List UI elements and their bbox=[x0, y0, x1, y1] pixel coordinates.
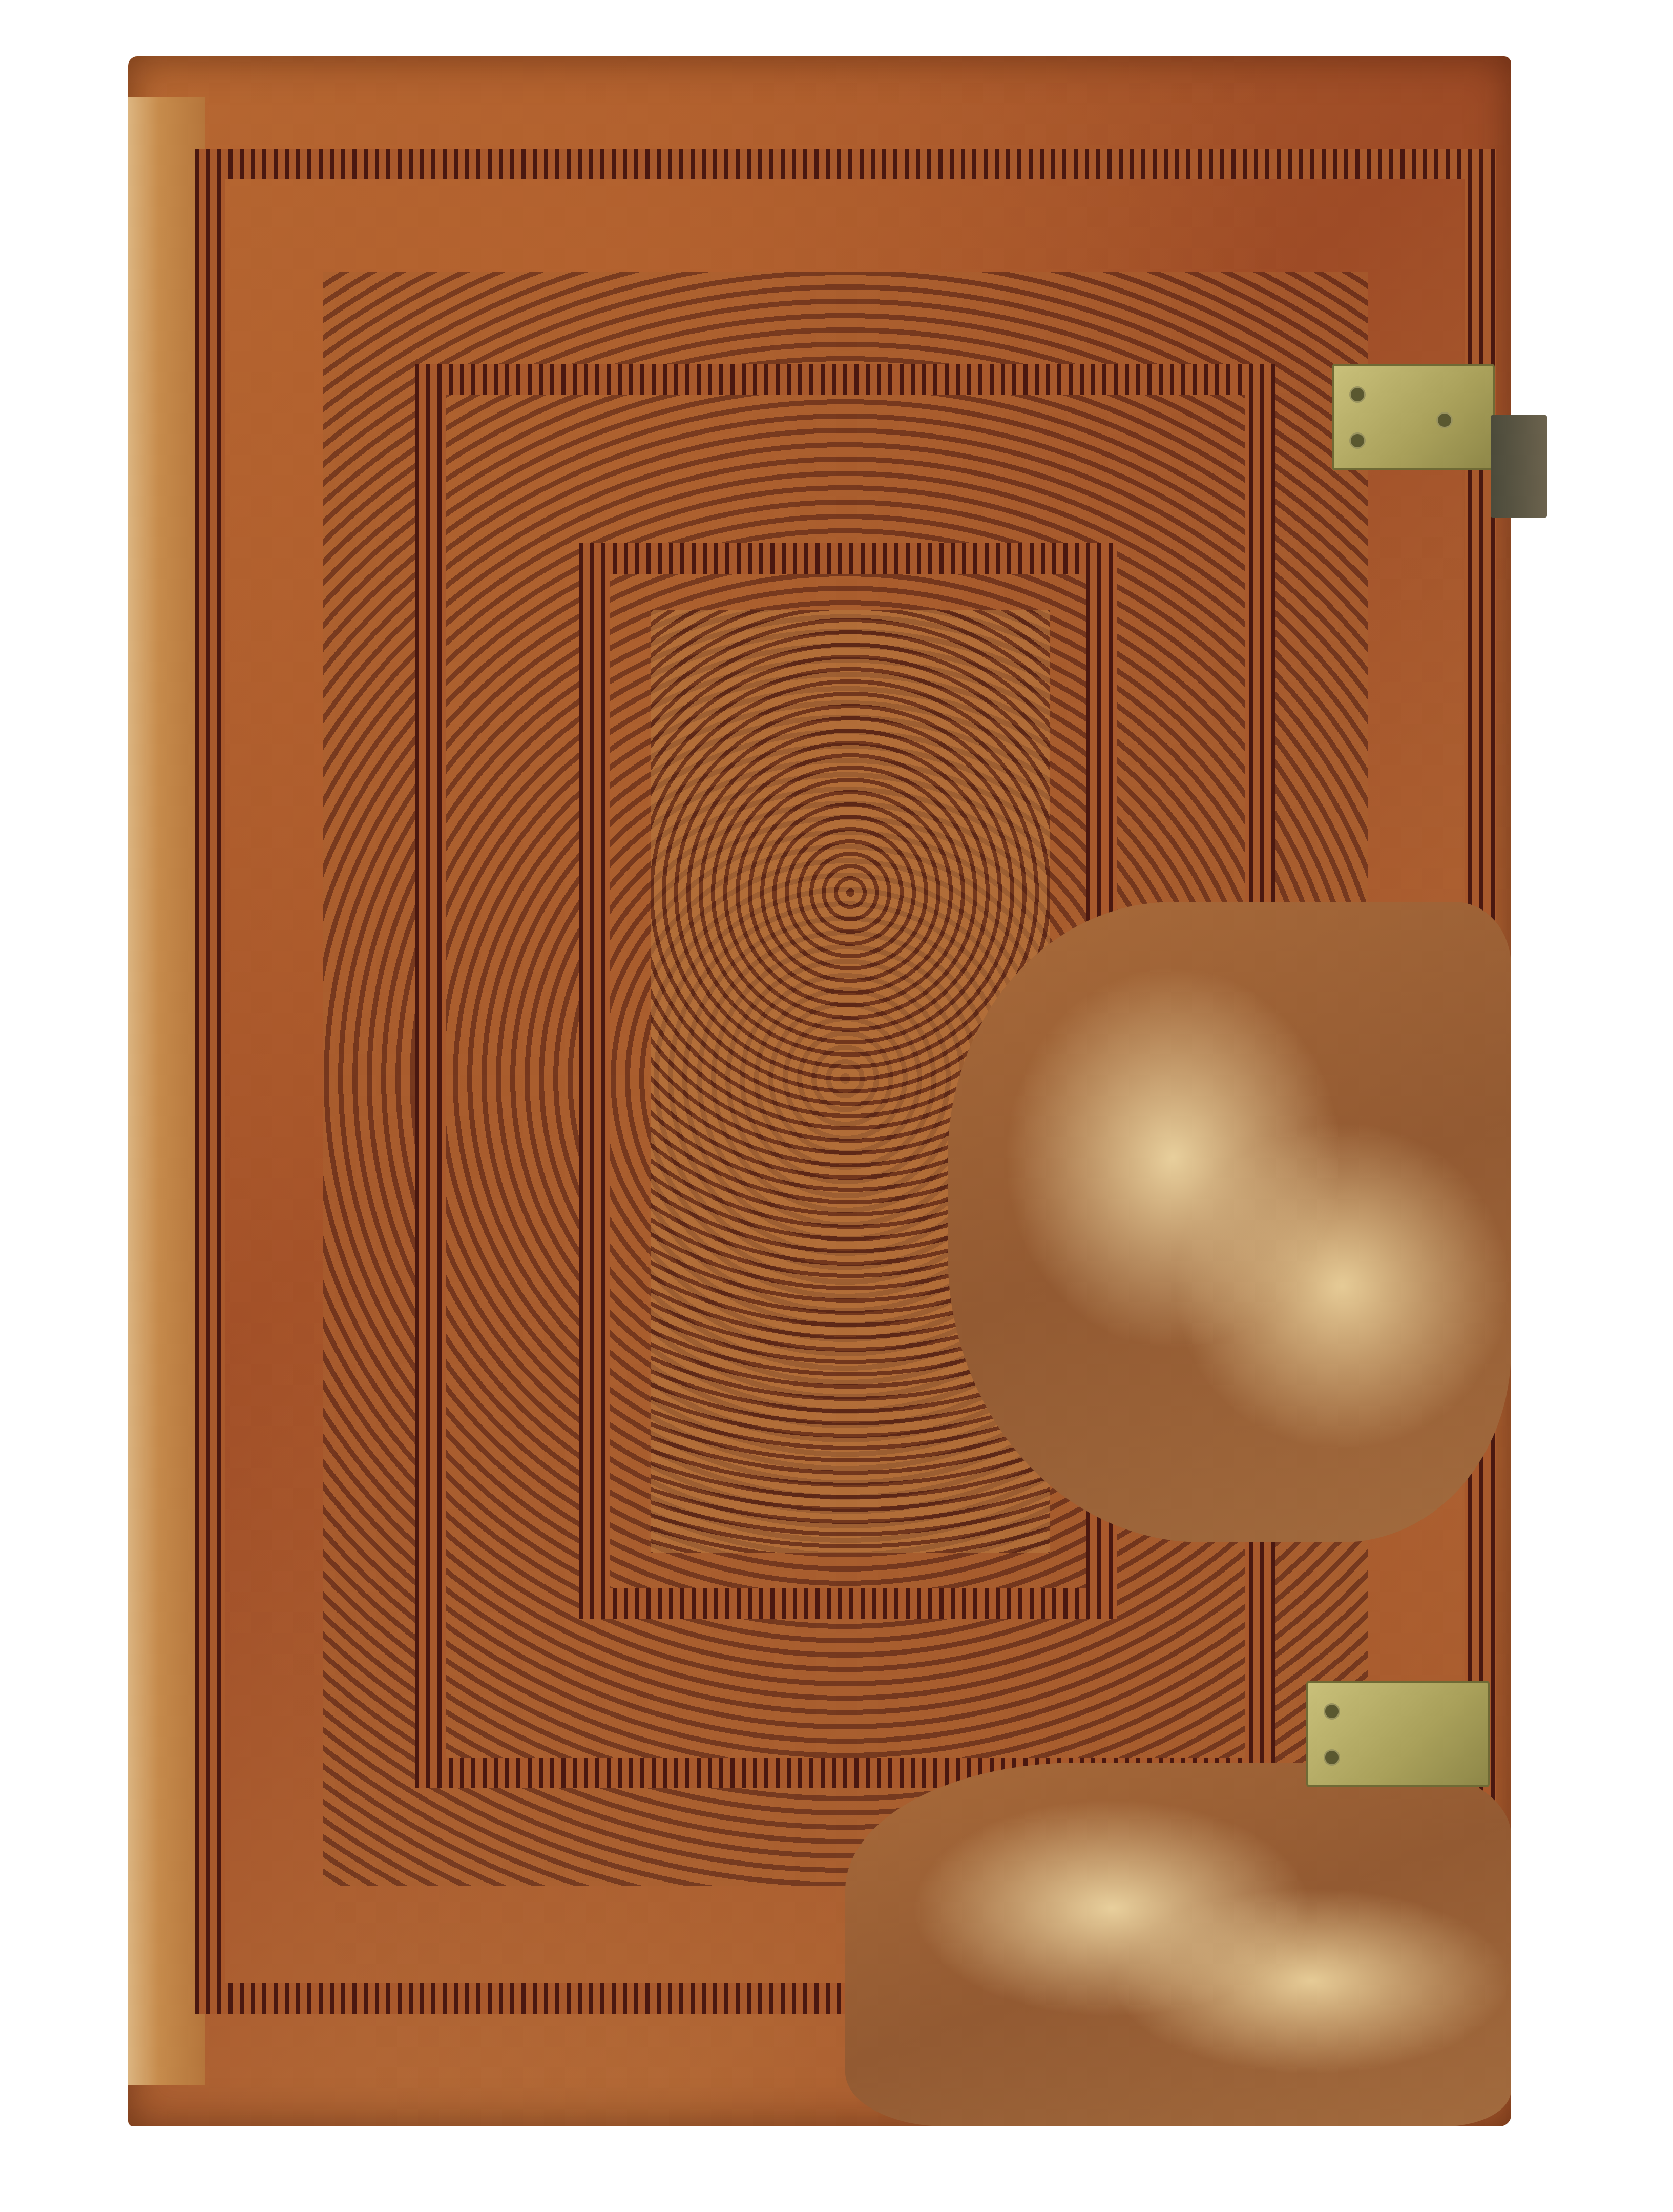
spine-edge bbox=[128, 97, 205, 2085]
brass-clasp-upper bbox=[1332, 364, 1495, 470]
brass-clasp-lower bbox=[1306, 1681, 1490, 1787]
book-cover bbox=[128, 56, 1511, 2126]
clasp-strap-upper bbox=[1491, 415, 1547, 518]
torn-leather-right bbox=[948, 902, 1511, 1542]
torn-leather-bottom bbox=[845, 1763, 1511, 2126]
